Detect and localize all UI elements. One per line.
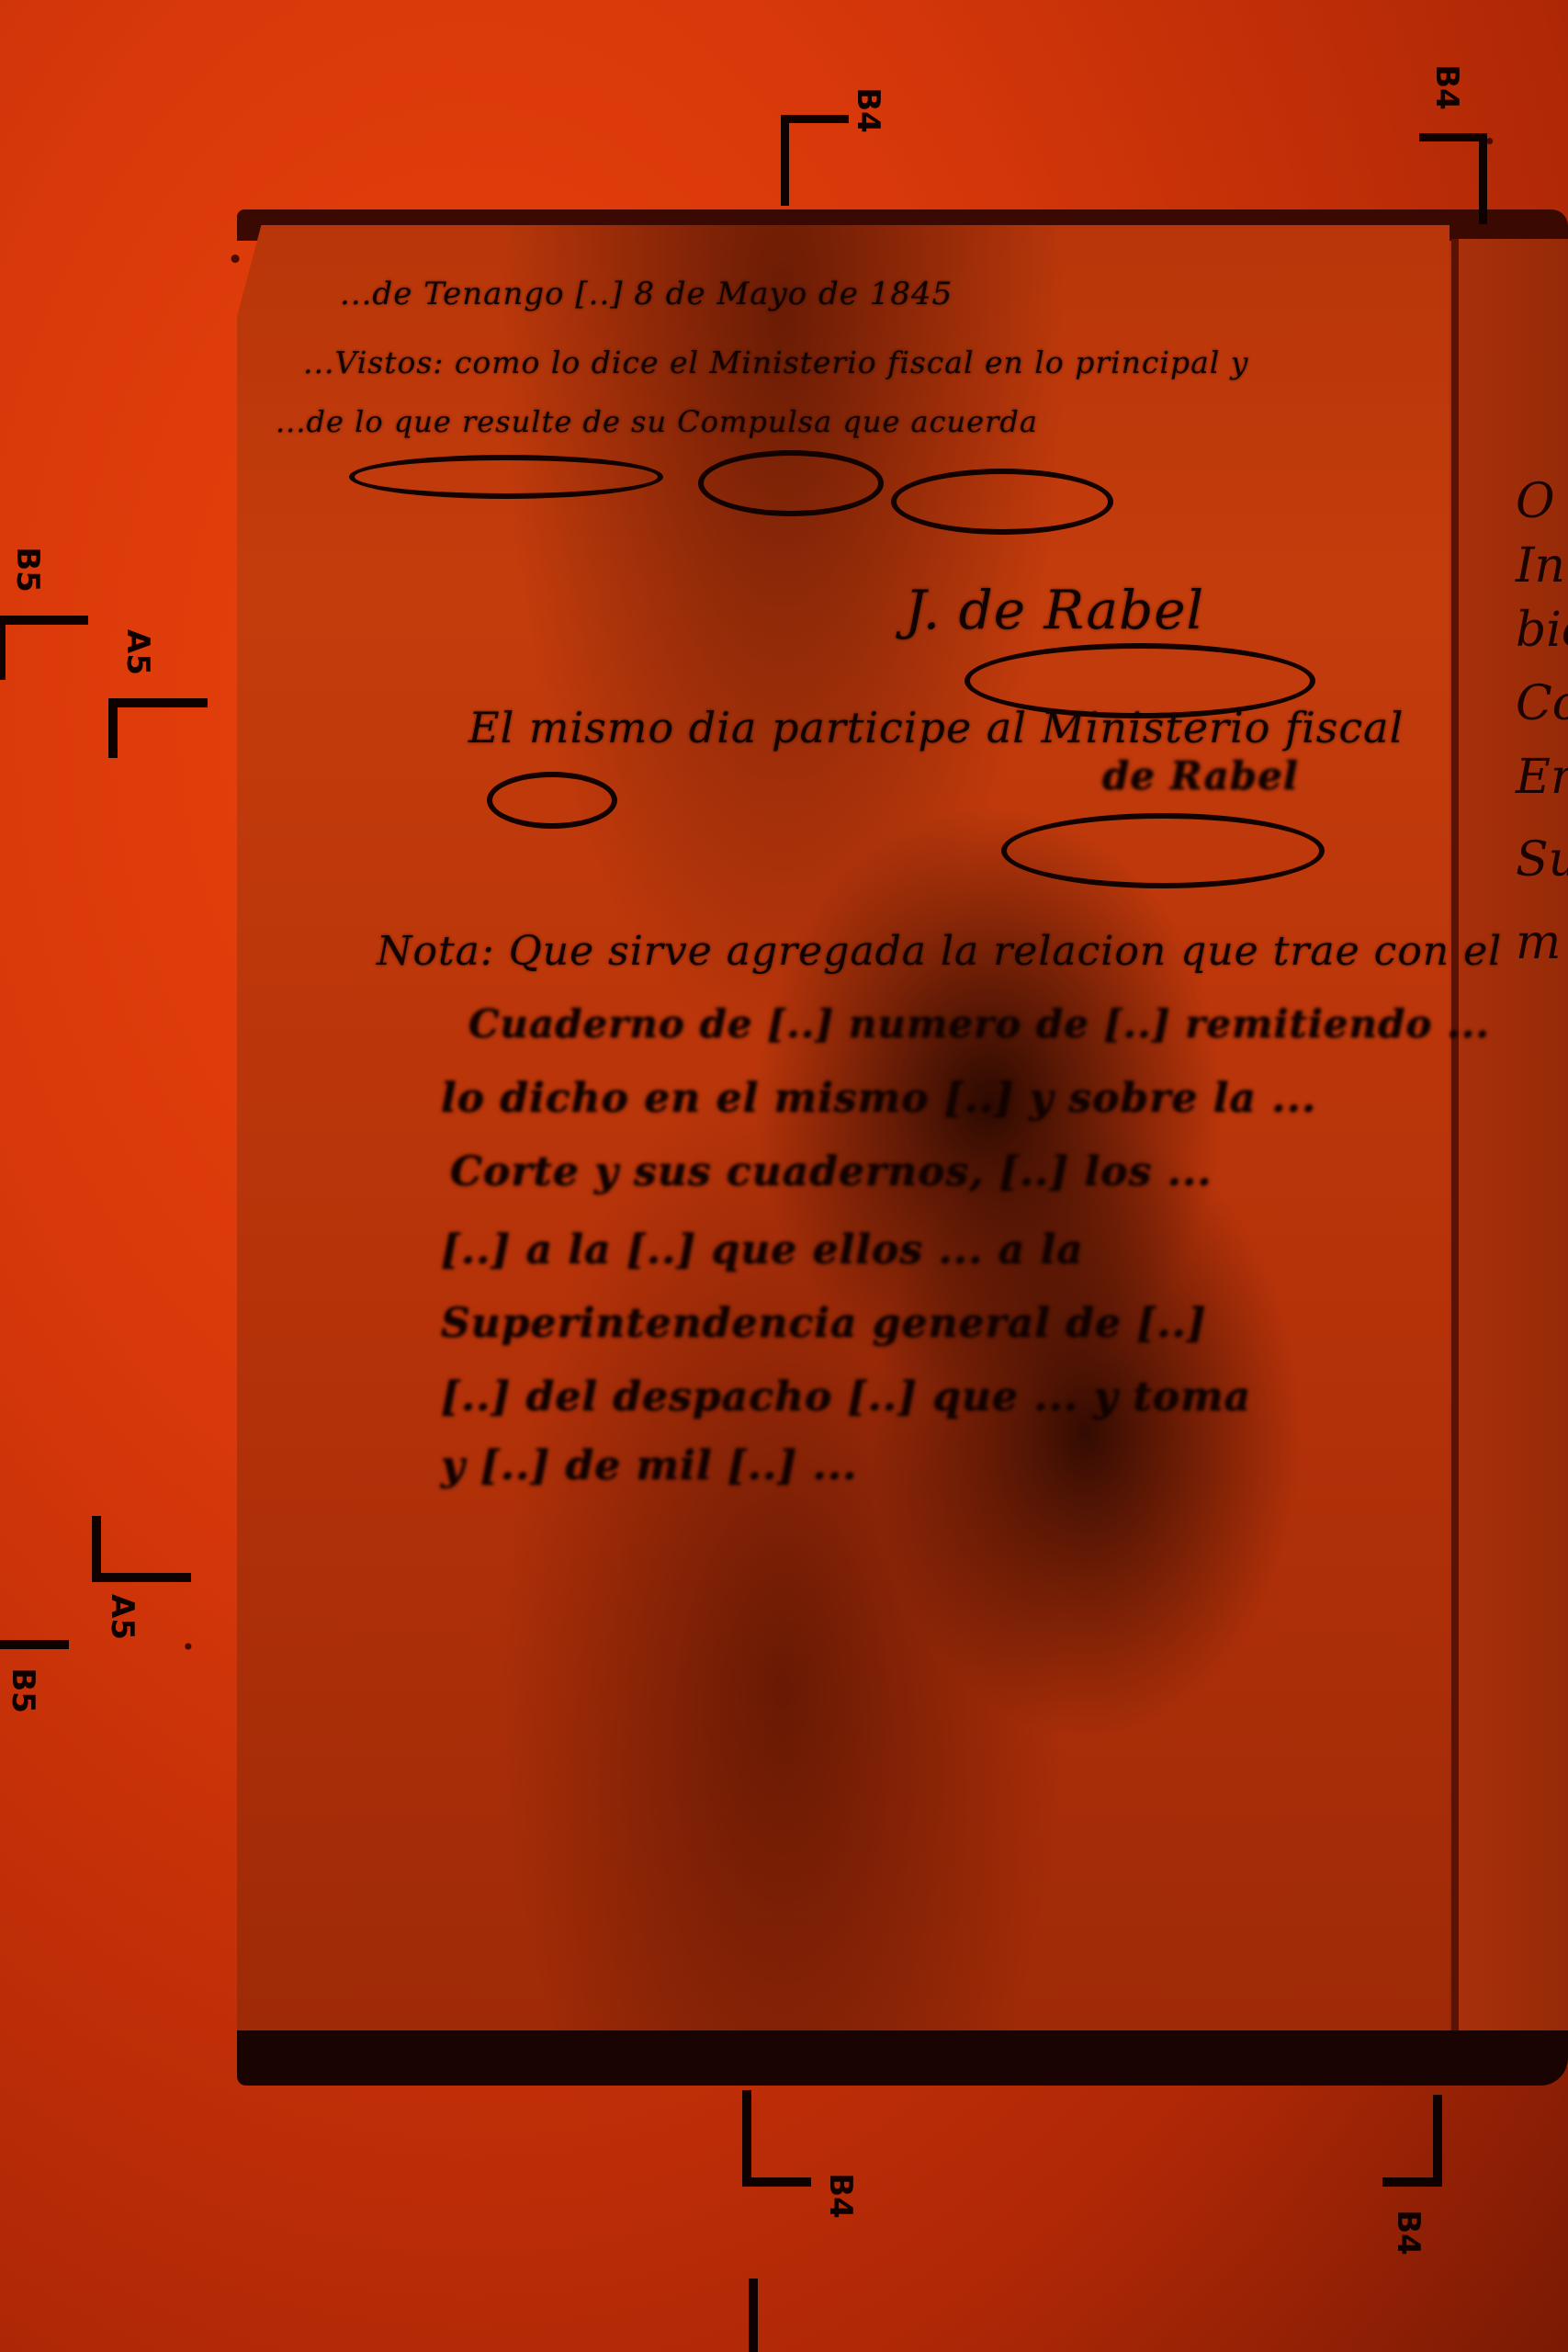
header-line: ...Vistos: como lo dice el Ministerio fi… — [303, 345, 1248, 380]
note-line: Corte y sus cuadernos, [..] los ... — [450, 1148, 1213, 1195]
registration-mark — [92, 1516, 191, 1582]
adjacent-page: O In bie Co En Su m — [1451, 239, 1568, 2067]
rubric-flourish — [891, 469, 1113, 535]
right-page-fragment: O — [1516, 478, 1555, 526]
note-line: [..] a la [..] que ellos ... a la — [441, 1227, 1084, 1273]
right-page-fragment: bie — [1516, 606, 1568, 654]
middle-line-signature: de Rabel — [1102, 753, 1299, 798]
registration-mark — [108, 698, 208, 758]
registration-mark — [742, 2090, 811, 2187]
rubric-flourish — [487, 772, 617, 829]
registration-label: B4 — [1390, 2210, 1427, 2256]
right-page-fragment: Co — [1516, 680, 1568, 728]
right-page-fragment: m — [1516, 919, 1561, 967]
right-page-fragment: Su — [1516, 836, 1568, 884]
registration-mark — [749, 2278, 758, 2352]
note-line: lo dicho en el mismo [..] y sobre la ... — [441, 1075, 1316, 1122]
registration-label: B5 — [9, 547, 46, 593]
header-line: ...de lo que resulte de su Compulsa que … — [276, 404, 1038, 439]
right-page-fragment: In — [1516, 542, 1565, 590]
middle-line: El mismo dia participe al Ministerio fis… — [468, 703, 1404, 752]
note-line: y [..] de mil [..] ... — [441, 1442, 857, 1489]
signature: J. de Rabel — [905, 579, 1204, 641]
registration-mark — [1419, 133, 1487, 224]
note-line: Superintendencia general de [..] — [441, 1300, 1207, 1347]
sheet-bottom-edge — [237, 2030, 1568, 2086]
registration-mark — [0, 616, 88, 680]
registration-label: B4 — [1428, 64, 1465, 110]
registration-label: B4 — [822, 2173, 859, 2219]
registration-mark — [1382, 2095, 1442, 2187]
registration-mark — [0, 1640, 69, 1649]
note-line: Cuaderno de [..] numero de [..] remitien… — [468, 1001, 1490, 1046]
note-line: Nota: Que sirve agregada la relacion que… — [377, 928, 1502, 975]
registration-label: A5 — [119, 629, 156, 675]
registration-mark — [781, 115, 849, 206]
header-line: ...de Tenango [..] 8 de Mayo de 1845 — [340, 276, 953, 312]
note-line: [..] del despacho [..] que ... y toma — [441, 1374, 1251, 1420]
rubric-flourish — [349, 455, 663, 499]
registration-label: B4 — [850, 87, 886, 133]
signature-flourish — [1001, 813, 1325, 888]
registration-label: B5 — [5, 1668, 41, 1713]
right-page-fragment: En — [1516, 753, 1568, 801]
registration-label: A5 — [104, 1594, 141, 1640]
rubric-flourish — [698, 450, 884, 516]
